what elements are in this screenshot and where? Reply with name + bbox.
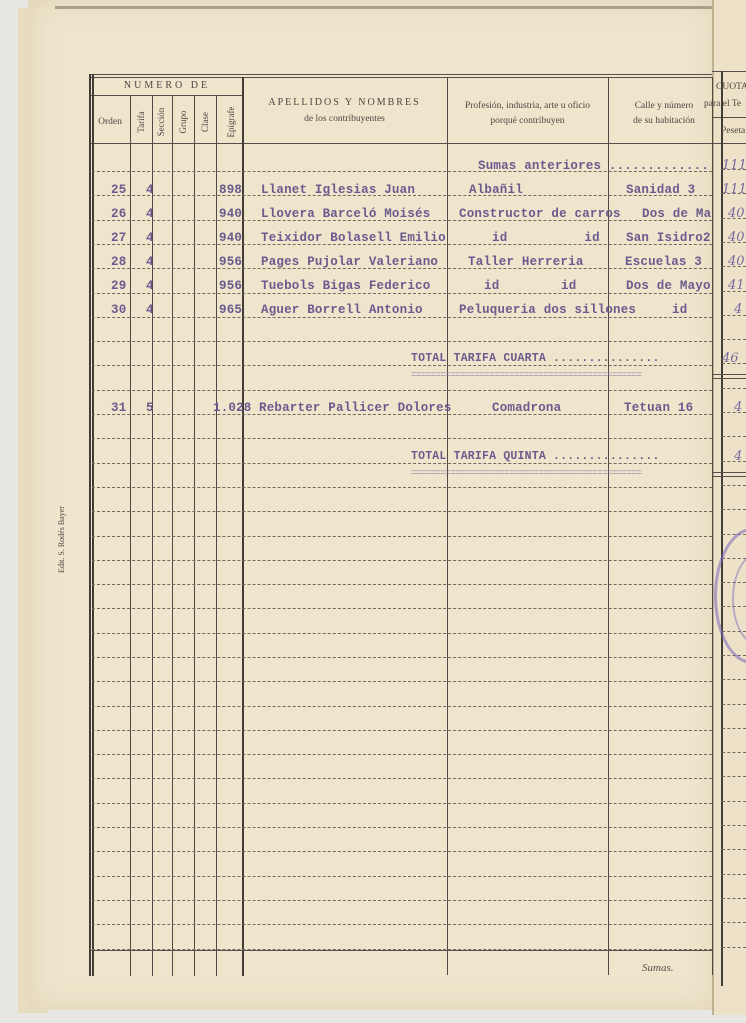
row-rule bbox=[722, 485, 746, 486]
cuota: 4 bbox=[734, 400, 742, 415]
epigrafe: 956 bbox=[219, 255, 242, 269]
orden: 28 bbox=[111, 255, 126, 269]
row-rule bbox=[92, 536, 712, 537]
total-quinta-double-rule bbox=[712, 476, 746, 477]
row-rule bbox=[722, 752, 746, 753]
sumas-anteriores-label: Sumas anteriores ............. bbox=[478, 159, 709, 173]
row-rule bbox=[92, 560, 712, 561]
calle: Dos de Mayo bbox=[626, 279, 711, 293]
ledger-page bbox=[28, 0, 718, 1010]
header-profesion-2: porqué contribuyen bbox=[447, 116, 608, 126]
tarifa: 4 bbox=[146, 231, 154, 245]
row-rule bbox=[92, 463, 712, 464]
calle: id bbox=[672, 303, 687, 317]
row-rule bbox=[722, 436, 746, 437]
tarifa: 4 bbox=[146, 255, 154, 269]
orden: 27 bbox=[111, 231, 126, 245]
row-rule bbox=[92, 487, 712, 488]
header-clase: Clase bbox=[200, 105, 210, 139]
orden: 30 bbox=[111, 303, 126, 317]
epigrafe: 898 bbox=[219, 183, 242, 197]
header-orden: Orden bbox=[90, 117, 130, 127]
nombre: Aguer Borrell Antonio bbox=[261, 303, 423, 317]
row-rule bbox=[722, 704, 746, 705]
total-cuarta-double-rule bbox=[712, 374, 746, 375]
cuota: 4 bbox=[734, 302, 742, 317]
profesion: id id bbox=[492, 231, 600, 245]
table-top-border bbox=[90, 77, 712, 78]
profesion: Constructor de carros bbox=[459, 207, 621, 221]
header-epigrafe: Epígrafe bbox=[226, 102, 236, 142]
row-rule bbox=[722, 388, 746, 389]
profesion: Comadrona bbox=[492, 401, 561, 415]
profesion: Peluqueria dos sillones bbox=[459, 303, 636, 317]
total-quinta-cuota: 4 bbox=[734, 449, 742, 464]
epigrafe: 965 bbox=[219, 303, 242, 317]
cuota: 40 bbox=[728, 206, 745, 221]
row-rule bbox=[722, 509, 746, 510]
header-cuota-sub: para el Te bbox=[704, 99, 741, 109]
tarifa: 4 bbox=[146, 207, 154, 221]
total-quinta-label: TOTAL TARIFA QUINTA ............... bbox=[411, 450, 660, 463]
footer-sumas: Sumas. bbox=[642, 962, 673, 974]
nombre: Teixidor Bolasell Emilio bbox=[261, 231, 446, 245]
row-rule bbox=[92, 390, 712, 391]
row-rule bbox=[92, 803, 712, 804]
row-rule bbox=[722, 825, 746, 826]
numero-de-divider bbox=[90, 95, 242, 96]
header-apellidos: APELLIDOS Y NOMBRES bbox=[242, 97, 447, 108]
tarifa: 4 bbox=[146, 279, 154, 293]
calle: San Isidro2 bbox=[626, 231, 711, 245]
row-rule bbox=[92, 681, 712, 682]
row-rule bbox=[92, 851, 712, 852]
header-apellidos-sub: de los contribuyentes bbox=[242, 114, 447, 124]
row-rule bbox=[722, 776, 746, 777]
calle: Escuelas 3 bbox=[625, 255, 702, 269]
calle: Tetuan 16 bbox=[624, 401, 693, 415]
row-rule bbox=[722, 898, 746, 899]
cuota: 40 bbox=[728, 254, 745, 269]
row-rule bbox=[722, 874, 746, 875]
header-grupo: Grupo bbox=[178, 105, 188, 139]
sumas-anteriores-cuota: 111 bbox=[722, 158, 746, 173]
tarifa: 5 bbox=[146, 401, 154, 415]
tarifa: 4 bbox=[146, 183, 154, 197]
page-top-edge bbox=[55, 6, 746, 9]
orden: 31 bbox=[111, 401, 126, 415]
calle: Sanidad 3 bbox=[626, 183, 695, 197]
row-rule bbox=[92, 778, 712, 779]
cuota: 40 bbox=[728, 230, 745, 245]
table-left-border bbox=[89, 74, 91, 976]
row-rule bbox=[722, 339, 746, 340]
row-rule bbox=[722, 922, 746, 923]
header-cuota-unit: Peseta bbox=[721, 126, 745, 136]
header-seccion: Sección bbox=[156, 105, 166, 139]
nombre: Rebarter Pallicer Dolores bbox=[259, 401, 452, 415]
total-cuarta-cuota: 46 bbox=[722, 351, 739, 366]
row-rule bbox=[92, 511, 712, 512]
cuota: 41 bbox=[728, 278, 745, 293]
row-rule bbox=[92, 608, 712, 609]
calle-col-divider bbox=[712, 77, 713, 975]
sumas-row-border bbox=[90, 950, 712, 951]
row-rule bbox=[92, 900, 712, 901]
nombre: Tuebols Bigas Federico bbox=[261, 279, 430, 293]
facing-page-edge bbox=[712, 0, 746, 1015]
row-rule bbox=[92, 341, 712, 342]
header-tarifa: Tarifa bbox=[136, 105, 146, 139]
row-rule bbox=[92, 657, 712, 658]
row-rule bbox=[722, 679, 746, 680]
row-rule bbox=[92, 754, 712, 755]
orden: 29 bbox=[111, 279, 126, 293]
header-bottom-border bbox=[90, 143, 746, 144]
row-rule bbox=[92, 827, 712, 828]
epigrafe: 940 bbox=[219, 231, 242, 245]
printer-imprint: Edit. S. Rodés Bayer bbox=[57, 506, 66, 573]
profesion: id id bbox=[484, 279, 576, 293]
total-cuarta-rule: ========================================… bbox=[411, 370, 711, 380]
row-rule bbox=[92, 438, 712, 439]
row-rule bbox=[92, 633, 712, 634]
nombre: Llanet Iglesias Juan bbox=[261, 183, 415, 197]
epigrafe: 956 bbox=[219, 279, 242, 293]
total-quinta-double-rule bbox=[712, 472, 746, 473]
epigrafe-col-divider bbox=[242, 77, 244, 976]
row-rule bbox=[722, 849, 746, 850]
row-rule bbox=[92, 876, 712, 877]
cuota: 111 bbox=[722, 182, 746, 197]
header-calle-2: de su habitación bbox=[608, 116, 720, 126]
row-rule bbox=[92, 584, 712, 585]
header-profesion-1: Profesión, industria, arte u oficio bbox=[447, 101, 608, 111]
row-rule bbox=[92, 317, 712, 318]
profesion: Albañil bbox=[469, 183, 523, 197]
row-rule bbox=[92, 293, 712, 294]
table-top-border bbox=[90, 74, 712, 75]
orden: 25 bbox=[111, 183, 126, 197]
row-rule bbox=[92, 730, 712, 731]
row-rule bbox=[92, 706, 712, 707]
table-left-border bbox=[92, 74, 94, 976]
total-cuarta-label: TOTAL TARIFA CUARTA ............... bbox=[411, 352, 660, 365]
row-rule bbox=[722, 947, 746, 948]
orden: 26 bbox=[111, 207, 126, 221]
nombre: Pages Pujolar Valeriano bbox=[261, 255, 438, 269]
row-rule bbox=[92, 365, 712, 366]
epigrafe: 940 bbox=[219, 207, 242, 221]
epigrafe: 1.028 bbox=[213, 401, 252, 415]
row-rule bbox=[722, 728, 746, 729]
header-cuota: CUOTA bbox=[716, 82, 746, 92]
row-rule bbox=[722, 801, 746, 802]
total-cuarta-double-rule bbox=[712, 378, 746, 379]
header-numero-de: NUMERO DE bbox=[92, 80, 242, 91]
calle: Dos de Ma bbox=[642, 207, 711, 221]
tarifa: 4 bbox=[146, 303, 154, 317]
row-rule bbox=[92, 924, 712, 925]
table-top-border bbox=[712, 71, 746, 72]
apellidos-col-divider bbox=[447, 77, 448, 975]
profesion: Taller Herreria bbox=[468, 255, 584, 269]
nombre: Llovera Barceló Moisés bbox=[261, 207, 430, 221]
total-quinta-rule: ========================================… bbox=[411, 468, 711, 478]
